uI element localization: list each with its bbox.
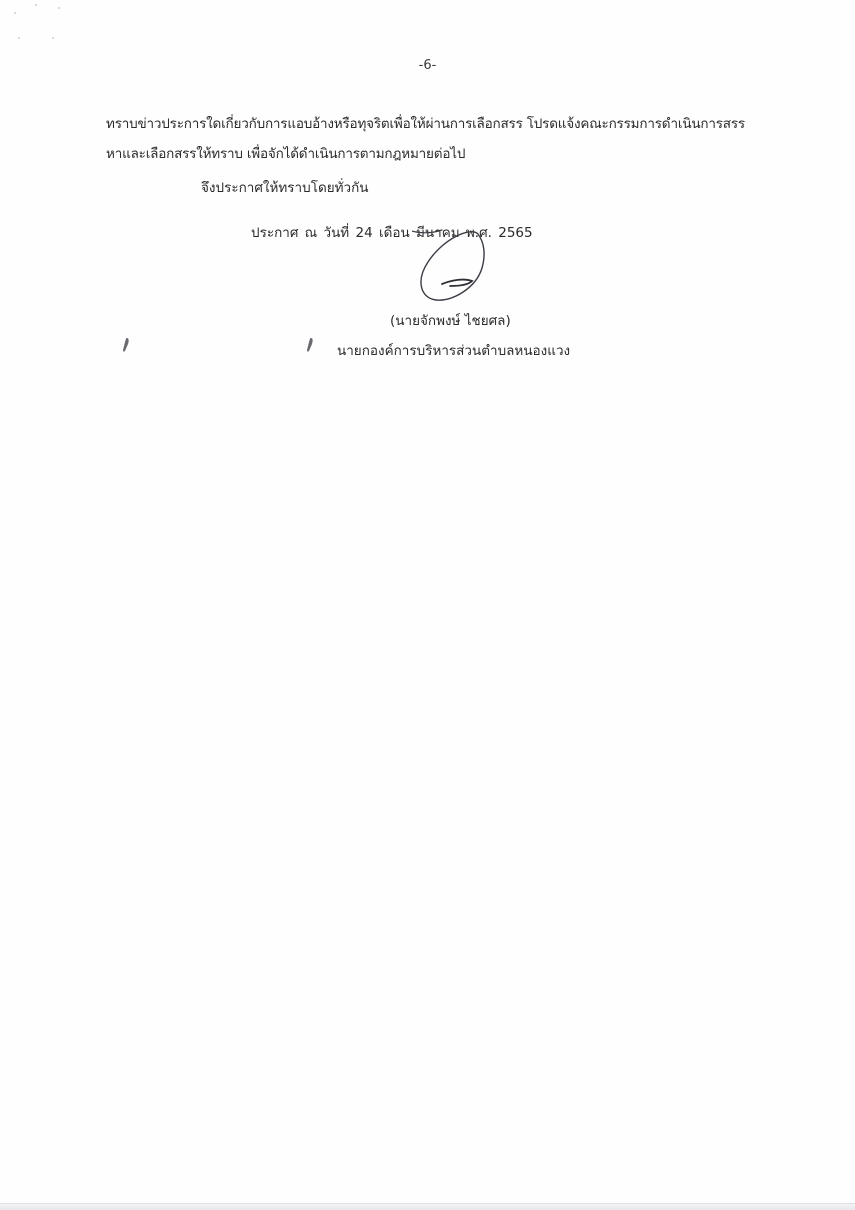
scan-speck [52,37,54,39]
signature-icon [412,228,502,308]
paperclip-mark-icon [306,337,314,353]
paragraph-line-1: ทราบข่าวประการใดเกี่ยวกับการแอบอ้างหรือท… [106,112,745,134]
paperclip-mark-icon [122,337,130,353]
scan-bottom-edge [0,1203,855,1210]
scan-speck [35,4,37,6]
paragraph-line-2: หาและเลือกสรรให้ทราบ เพื่อจักได้ดำเนินกา… [106,142,465,164]
page-number: -6- [0,58,855,73]
scan-speck [14,12,16,14]
announcement-text: จึงประกาศให้ทราบโดยทั่วกัน [201,176,369,198]
signer-name: (นายจักพงษ์ ไชยศล) [390,309,511,331]
signer-title: นายกองค์การบริหารส่วนตำบลหนองแวง [337,339,570,361]
scan-speck [58,7,60,9]
document-page: -6- ทราบข่าวประการใดเกี่ยวกับการแอบอ้างห… [0,0,855,1210]
scan-speck [18,37,20,39]
